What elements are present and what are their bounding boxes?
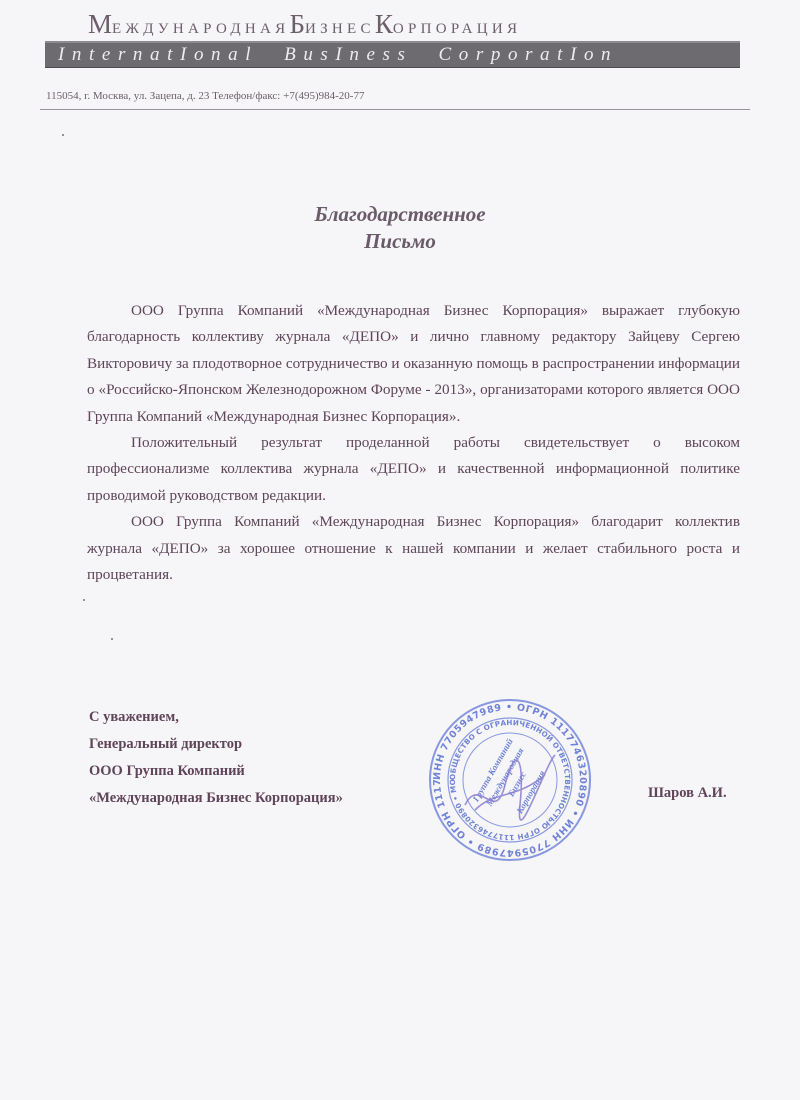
scan-speck	[62, 134, 64, 136]
signer-name: Шаров А.И.	[648, 785, 727, 802]
letter-page: МеждународнаяБизнесКорпорация InternatIo…	[0, 0, 800, 1100]
scan-speck	[111, 638, 113, 640]
closing: С уважением,	[89, 704, 343, 731]
letter-title: Благодарственное Письмо	[0, 201, 800, 255]
header-divider	[40, 109, 750, 110]
title-line-1: Благодарственное	[0, 201, 800, 228]
word-business: BusIness	[284, 44, 412, 65]
body-paragraph-2: Положительный результат проделанной рабо…	[87, 430, 740, 509]
signer-position: Генеральный директор	[89, 731, 343, 758]
company-address: 115054, г. Москва, ул. Зацепа, д. 23 Тел…	[46, 90, 364, 102]
signer-company-line-2: «Международная Бизнес Корпорация»	[89, 785, 343, 812]
initial-m: М	[88, 9, 112, 39]
signer-company-line-1: ООО Группа Компаний	[89, 758, 343, 785]
initial-b: Б	[289, 9, 305, 39]
word-corporation: CorporatIon	[438, 44, 618, 65]
letter-body: ООО Группа Компаний «Международная Бизне…	[87, 298, 740, 588]
body-paragraph-1: ООО Группа Компаний «Международная Бизне…	[87, 298, 740, 430]
letterhead-company-ru: МеждународнаяБизнесКорпорация	[88, 9, 521, 40]
initial-k: К	[375, 9, 393, 39]
scan-speck	[83, 599, 85, 601]
word-international: InternatIonal	[58, 44, 258, 65]
title-line-2: Письмо	[0, 228, 800, 255]
word-korporatsiya: орпорация	[393, 13, 521, 38]
stamp-seal-icon: ИНН 7705947989 • ОГРН 1117746320890 • ИН…	[425, 695, 595, 865]
word-biznes: изнес	[305, 13, 375, 38]
body-paragraph-3: ООО Группа Компаний «Международная Бизне…	[87, 509, 740, 588]
company-stamp: ИНН 7705947989 • ОГРН 1117746320890 • ИН…	[425, 695, 595, 865]
word-mezhdunarodnaya: еждународная	[112, 13, 289, 38]
letterhead-company-en: InternatIonalBusInessCorporatIon	[58, 42, 618, 67]
signature-block: С уважением, Генеральный директор ООО Гр…	[89, 704, 343, 812]
